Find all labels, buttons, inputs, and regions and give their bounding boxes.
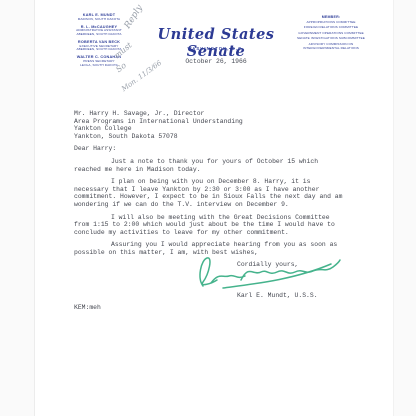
letterhead-city: WASHINGTON, D.C. (138, 46, 294, 51)
committee-line: SENATE INVESTIGATIONS SUBCOMMITTEE (291, 37, 371, 41)
committee-line: APPROPRIATIONS COMMITTEE (291, 21, 371, 25)
recipient-line: Yankton College (74, 125, 348, 133)
committee-line: FOREIGN RELATIONS COMMITTEE (291, 26, 371, 30)
signature-ink (193, 250, 343, 294)
reference-initials: KEM:meh (74, 304, 348, 312)
staff-city: LEOLA, SOUTH DAKOTA (56, 64, 142, 68)
letterhead-title: United States Senate (138, 26, 294, 60)
staff-city: ABERDEEN, SOUTH DAKOTA (56, 33, 142, 37)
recipient-line: Area Programs in International Understan… (74, 118, 348, 126)
paragraph: I will also be meeting with the Great De… (74, 214, 348, 237)
salutation: Dear Harry: (74, 145, 348, 153)
letterhead-committees-column: MEMBER: APPROPRIATIONS COMMITTEE FOREIGN… (282, 15, 380, 52)
paragraph: Just a note to thank you for yours of Oc… (74, 158, 348, 173)
paragraph: I plan on being with you on December 8. … (74, 178, 348, 208)
recipient-address: Mr. Harry H. Savage, Jr., Director Area … (74, 110, 348, 140)
staff-block: WALTER C. CONAHAN PRESS SECRETARY LEOLA,… (56, 55, 142, 67)
recipient-line: Yankton, South Dakota 57078 (74, 133, 348, 141)
letter-scan: { "letterhead": { "sender_blocks": [ {"n… (0, 0, 416, 416)
committee-line: GOVERNMENT OPERATIONS COMMITTEE (291, 32, 371, 36)
committee-line: ADVISORY COMMISSION ON INTERGOVERNMENTAL… (291, 43, 371, 51)
member-heading: MEMBER: (282, 15, 380, 19)
recipient-line: Mr. Harry H. Savage, Jr., Director (74, 110, 348, 118)
